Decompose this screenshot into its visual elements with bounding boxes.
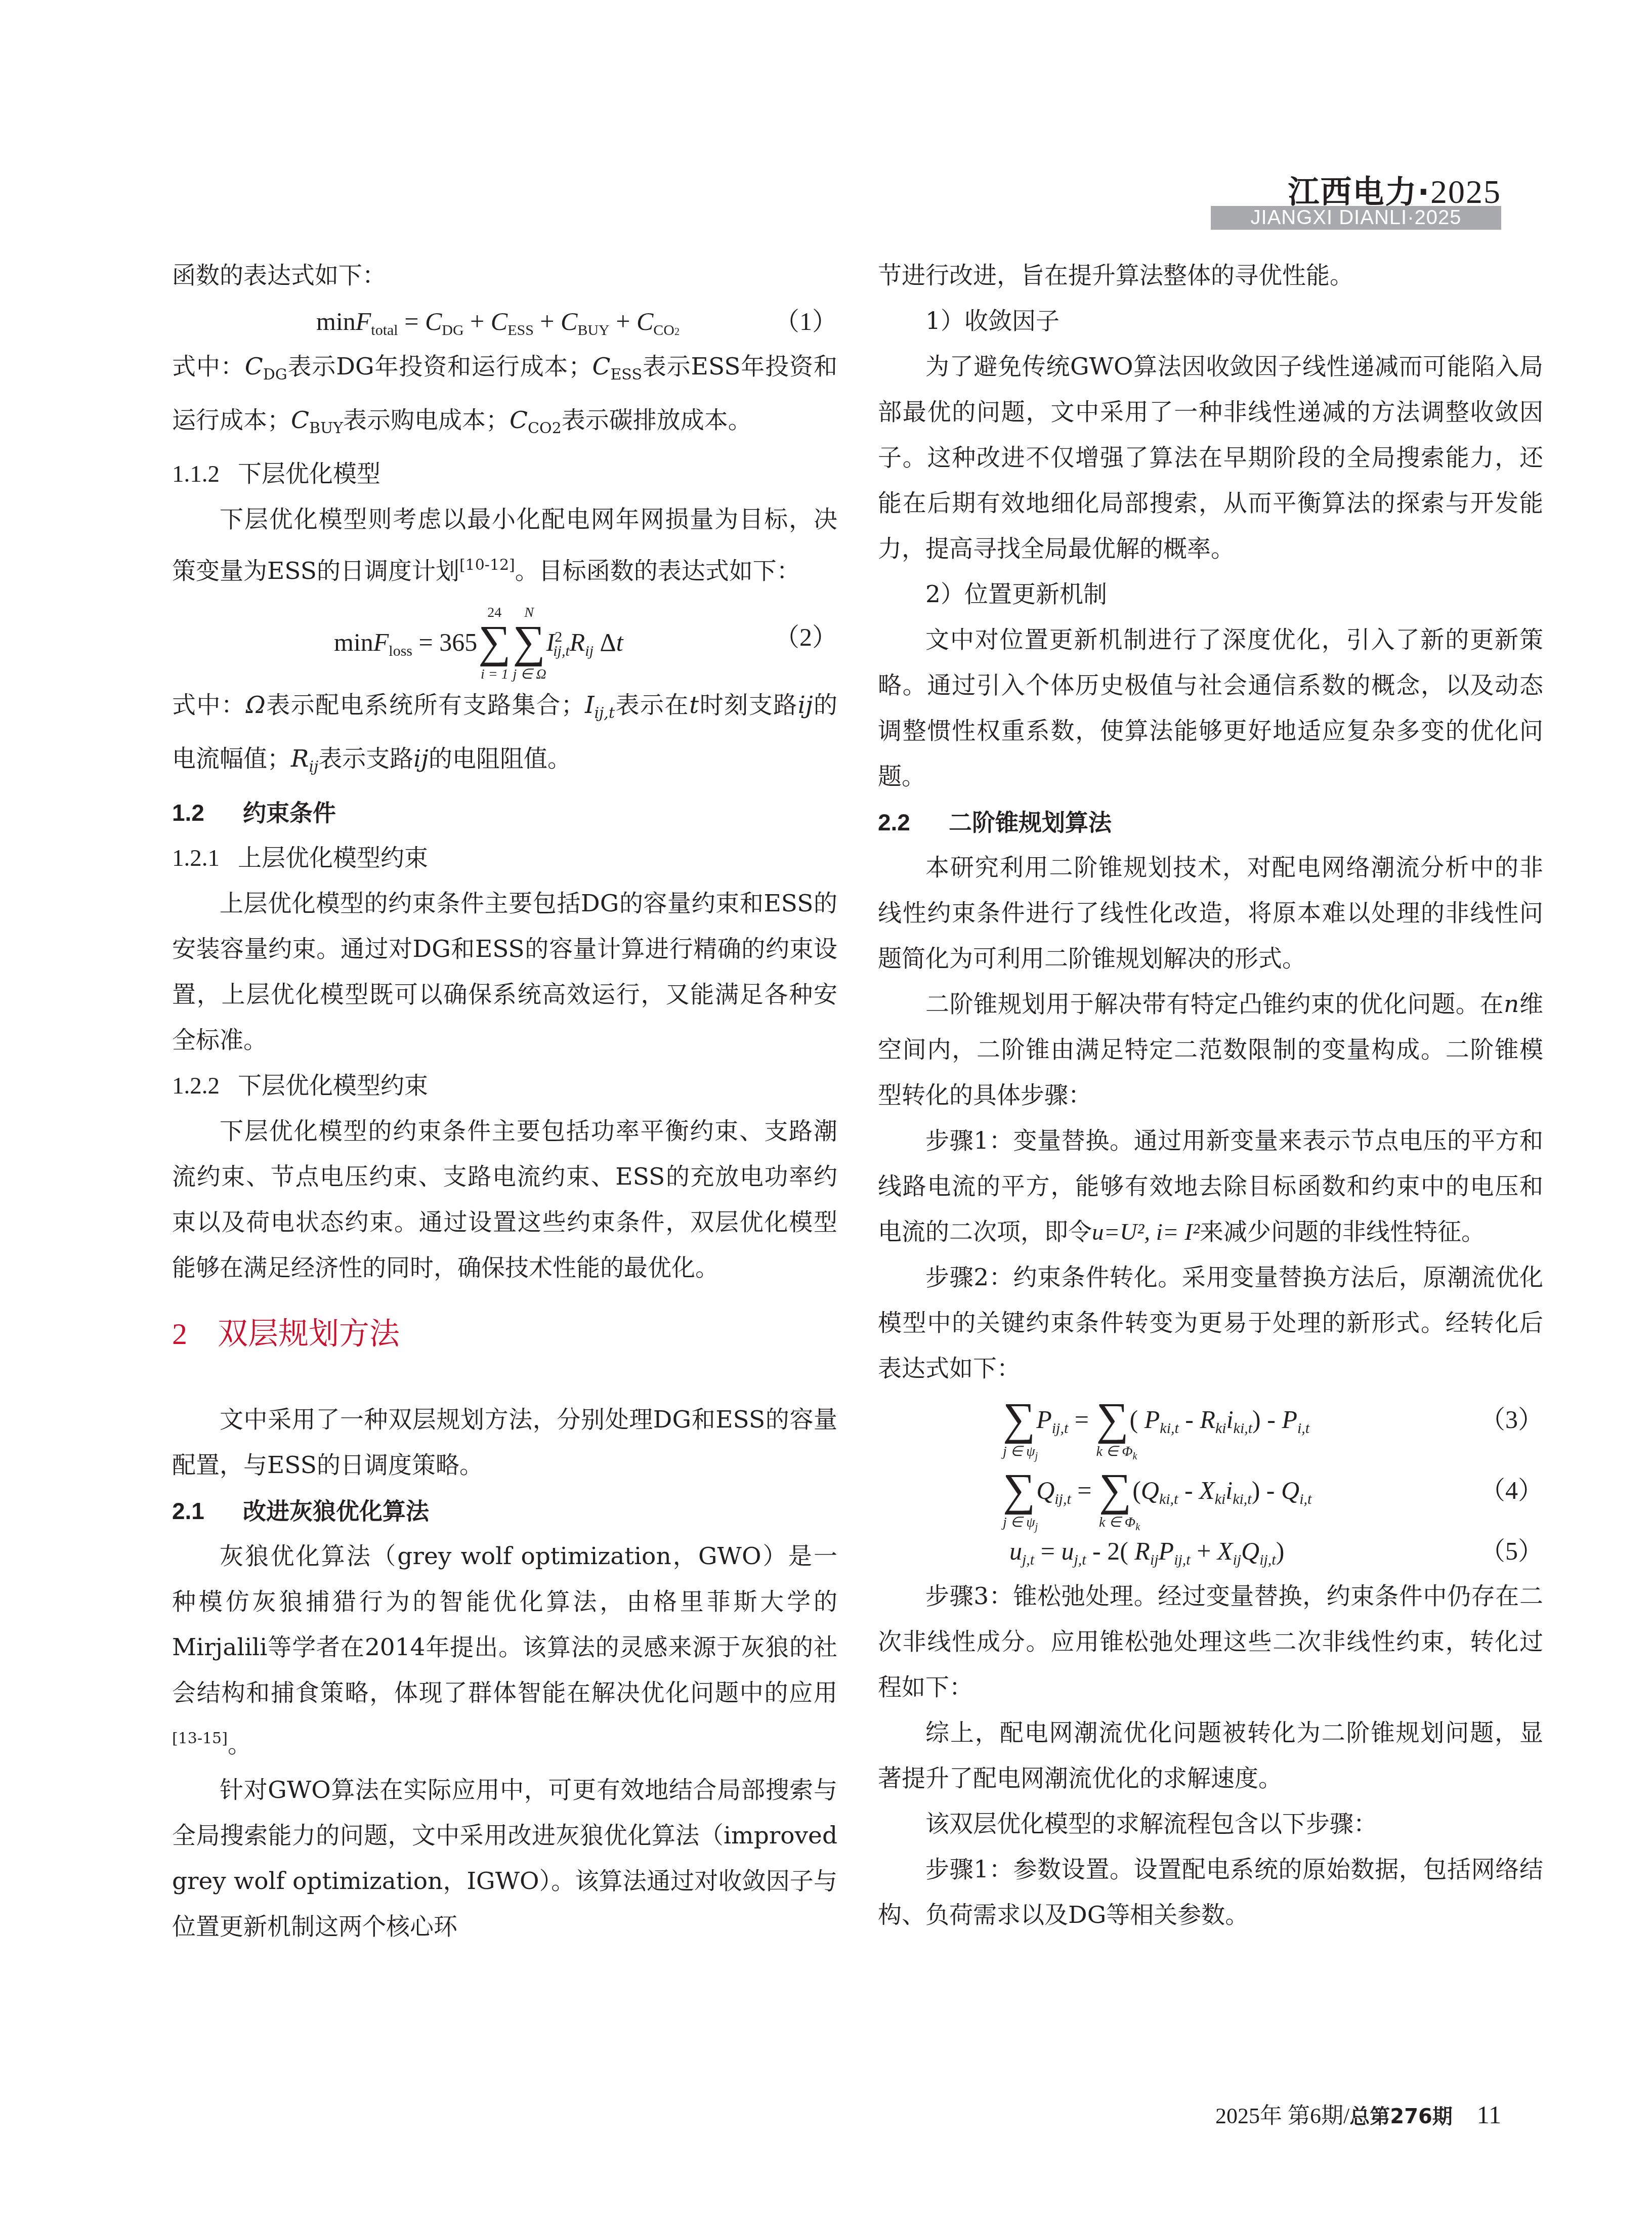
equation-1: minFtotal = CDG + CESS + CBUY + CCO2 （1） <box>172 299 837 344</box>
paragraph: 针对GWO算法在实际应用中，可更有效地结合局部搜索与全局搜索能力的问题，文中采用… <box>172 1768 837 1950</box>
text: i = 1 <box>478 667 511 682</box>
citation: [10-12] <box>459 556 515 574</box>
sum-symbol: ∑Nj ∈ Ω <box>513 627 545 657</box>
heading-text: 二阶锥规划算法 <box>949 809 1112 836</box>
heading-number: 2.1 <box>172 1488 243 1534</box>
text: ij <box>798 691 813 719</box>
heading-number: 2 <box>172 1311 218 1357</box>
text: n <box>1504 990 1519 1018</box>
section-heading-2-2: 2.2二阶锥规划算法 <box>878 800 1543 845</box>
equation-1-label: （1） <box>774 299 837 344</box>
journal-title: 江西电力·2025 <box>1288 167 1501 212</box>
paragraph: 步骤3：锥松弛处理。经过变量替换，约束条件中仍存在二次非线性成分。应用锥松弛处理… <box>878 1574 1543 1710</box>
equation-3: ∑j ∈ ψjPij,t = ∑k ∈ Φk( Pki,t - Rkiiki,t… <box>878 1392 1543 1462</box>
paragraph: 灰狼优化算法（grey wolf optimization，GWO）是一种模仿灰… <box>172 1534 837 1768</box>
heading-text: 下层优化模型约束 <box>238 1073 428 1099</box>
sum-symbol: ∑k ∈ Φk <box>1099 1475 1131 1505</box>
section-heading-1-2-2: 1.2.2下层优化模型约束 <box>172 1063 837 1109</box>
heading-number: 1.2.1 <box>172 835 238 881</box>
section-heading-1-2: 1.2约束条件 <box>172 790 837 835</box>
equation-4-body: ∑j ∈ ψjQij,t = ∑k ∈ Φk(Qki,t - Xkiiki,t)… <box>1002 1467 1311 1522</box>
heading-text: 改进灰狼优化算法 <box>243 1497 429 1525</box>
heading-number: 2.2 <box>878 800 949 845</box>
journal-en-band: JIANGXI DIANLI·2025 <box>1211 206 1501 230</box>
section-heading-1-1-2: 1.1.2下层优化模型 <box>172 451 837 497</box>
text: 灰狼优化算法（grey wolf optimization，GWO）是一种模仿灰… <box>172 1542 837 1707</box>
heading-number: 1.1.2 <box>172 451 238 497</box>
paragraph: 文中采用了一种双层规划方法，分别处理DG和ESS的容量配置，与ESS的日调度策略… <box>172 1397 837 1488</box>
paragraph: 该双层优化模型的求解流程包含以下步骤： <box>878 1801 1543 1847</box>
heading-text: 下层优化模型 <box>238 461 380 487</box>
text: = 365 <box>419 628 478 656</box>
subheading-convergence-factor: 1）收敛因子 <box>878 299 1543 344</box>
text: 表示购电成本； <box>343 406 510 434</box>
text: 式中： <box>172 691 246 719</box>
equation-1-body: minFtotal = CDG + CESS + CBUY + CCO2 <box>316 299 680 355</box>
inline-equation: u=U², i= I² <box>1092 1219 1200 1245</box>
issue-info: 2025年 第6期/ <box>1215 2104 1349 2128</box>
paragraph: 下层优化模型则考虑以最小化配电网年网损量为目标，决策变量为ESS的日调度计划[1… <box>172 497 837 594</box>
paragraph: 文中对位置更新机制进行了深度优化，引入了新的更新策略。通过引入个体历史极值与社会… <box>878 617 1543 800</box>
equation-5-body: uj,t = uj,t - 2( RijPij,t + XijQij,t) <box>1009 1528 1284 1583</box>
paragraph: 为了避免传统GWO算法因收敛因子线性递减而可能陷入局部最优的问题，文中采用了一种… <box>878 344 1543 572</box>
citation: [13-15] <box>172 1730 228 1747</box>
page-number: 11 <box>1477 2101 1501 2129</box>
paragraph: 本研究利用二阶锥规划技术，对配电网络潮流分析中的非线性约束条件进行了线性化改造，… <box>878 845 1543 982</box>
text: 表示在 <box>615 691 689 719</box>
text: 表示配电系统所有支路集合； <box>266 691 585 719</box>
sum-symbol: ∑j ∈ ψj <box>1003 1404 1035 1435</box>
text: t <box>689 691 699 719</box>
text: 。目标函数的表达式如下： <box>515 557 800 585</box>
text: 。 <box>228 1731 251 1758</box>
paragraph: 函数的表达式如下： <box>172 253 837 299</box>
text: 24 <box>478 606 511 620</box>
equation-5: uj,t = uj,t - 2( RijPij,t + XijQij,t) （5… <box>878 1528 1543 1574</box>
heading-text: 约束条件 <box>243 799 336 826</box>
paragraph: 上层优化模型的约束条件主要包括DG的容量约束和ESS的安装容量约束。通过对DG和… <box>172 881 837 1063</box>
text: 表示碳排放成本。 <box>562 406 752 434</box>
heading-text: 双层规划方法 <box>218 1316 400 1352</box>
equation-5-label: （5） <box>1480 1528 1543 1574</box>
equation-4: ∑j ∈ ψjQij,t = ∑k ∈ Φk(Qki,t - Xkiiki,t)… <box>878 1462 1543 1528</box>
text: 式中： <box>172 353 245 381</box>
sum-symbol: ∑24i = 1 <box>478 627 511 657</box>
text: 表示DG年投资和运行成本； <box>287 353 592 381</box>
section-heading-2-1: 2.1改进灰狼优化算法 <box>172 1488 837 1534</box>
equation-4-label: （4） <box>1480 1467 1543 1513</box>
section-heading-2: 2双层规划方法 <box>172 1311 837 1357</box>
paragraph: 节进行改进，旨在提升算法整体的寻优性能。 <box>878 253 1543 299</box>
total-issue: 总第276期 <box>1349 2105 1453 2128</box>
equation-3-body: ∑j ∈ ψjPij,t = ∑k ∈ Φk( Pki,t - Rkiiki,t… <box>1002 1397 1309 1451</box>
journal-title-cn: 江西电力· <box>1288 174 1430 211</box>
text: j ∈ Ω <box>513 667 545 682</box>
equation-2: minFloss = 365∑24i = 1∑Nj ∈ ΩI2ij,tRij Δ… <box>172 594 837 683</box>
paragraph-variables: 式中：CDG表示DG年投资和运行成本；CESS表示ESS年投资和运行成本；CBU… <box>172 344 837 451</box>
paragraph: 二阶锥规划用于解决带有特定凸锥约束的优化问题。在n维空间内，二阶锥由满足特定二范… <box>878 982 1543 1118</box>
text: 来减少问题的非线性特征。 <box>1200 1218 1485 1246</box>
text: ij <box>413 745 429 773</box>
text: 二阶锥规划用于解决带有特定凸锥约束的优化问题。在 <box>925 990 1504 1018</box>
heading-number: 1.2.2 <box>172 1063 238 1109</box>
journal-year: 2025 <box>1430 174 1501 211</box>
text: 表示支路 <box>318 745 413 773</box>
text: Ω <box>246 691 266 719</box>
paragraph: 步骤1：变量替换。通过用新变量来表示节点电压的平方和线路电流的平方，能够有效地去… <box>878 1118 1543 1255</box>
paragraph: 步骤1：参数设置。设置配电系统的原始数据，包括网络结构、负荷需求以及DG等相关参… <box>878 1847 1543 1938</box>
text: 的电阻阻值。 <box>429 745 571 773</box>
sum-symbol: ∑j ∈ ψj <box>1003 1475 1035 1505</box>
sum-symbol: ∑k ∈ Φk <box>1096 1404 1128 1435</box>
equation-2-body: minFloss = 365∑24i = 1∑Nj ∈ ΩI2ij,tRij Δ… <box>334 614 623 674</box>
heading-text: 上层优化模型约束 <box>238 845 428 871</box>
page-footer: 2025年 第6期/总第276期11 <box>1215 2097 1501 2130</box>
heading-number: 1.2 <box>172 790 243 835</box>
paragraph: 综上，配电网潮流优化问题被转化为二阶锥规划问题，显著提升了配电网潮流优化的求解速… <box>878 1710 1543 1801</box>
paragraph: 下层优化模型的约束条件主要包括功率平衡约束、支路潮流约束、节点电压约束、支路电流… <box>172 1109 837 1291</box>
section-heading-1-2-1: 1.2.1上层优化模型约束 <box>172 835 837 881</box>
equation-3-label: （3） <box>1480 1397 1543 1442</box>
equation-2-label: （2） <box>774 614 837 660</box>
paragraph-variables-2: 式中：Ω表示配电系统所有支路集合；Iij,t表示在t时刻支路ij的电流幅值；Ri… <box>172 683 837 790</box>
right-column: 节进行改进，旨在提升算法整体的寻优性能。 1）收敛因子 为了避免传统GWO算法因… <box>878 253 1543 1938</box>
left-column: 函数的表达式如下： minFtotal = CDG + CESS + CBUY … <box>172 253 837 1950</box>
text: 时刻支路 <box>699 691 798 719</box>
paragraph: 步骤2：约束条件转化。采用变量替换方法后，原潮流优化模型中的关键约束条件转变为更… <box>878 1255 1543 1392</box>
subheading-position-update: 2）位置更新机制 <box>878 572 1543 617</box>
text: N <box>513 606 545 620</box>
